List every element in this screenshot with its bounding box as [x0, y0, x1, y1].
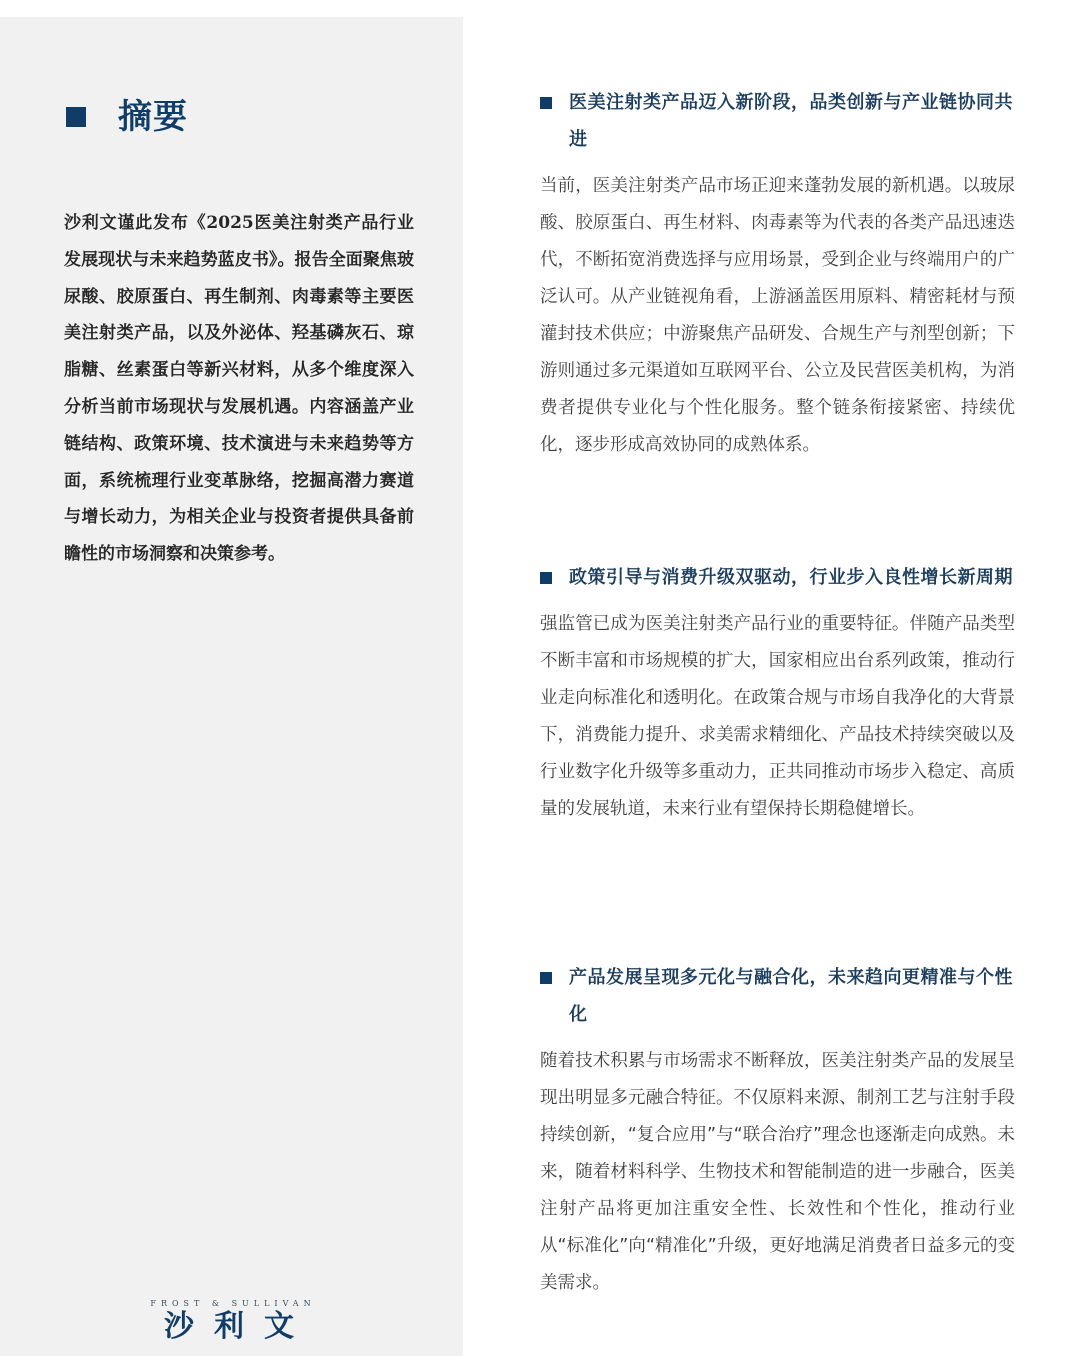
square-bullet-icon: [540, 97, 552, 109]
section-title: 医美注射类产品迈入新阶段，品类创新与产业链协同共进: [540, 84, 1015, 158]
square-bullet-icon: [66, 107, 86, 127]
section-title-text: 政策引导与消费升级双驱动，行业步入良性增长新周期: [569, 567, 1013, 588]
section-policy-consumption: 政策引导与消费升级双驱动，行业步入良性增长新周期 强监管已成为医美注射类产品行业…: [540, 559, 1015, 828]
square-bullet-icon: [540, 972, 552, 984]
section-title-text: 产品发展呈现多元化与融合化，未来趋向更精准与个性化: [569, 967, 1013, 1025]
section-product-diversification: 产品发展呈现多元化与融合化，未来趋向更精准与个性化 随着技术积累与市场需求不断释…: [540, 959, 1015, 1302]
section-market-stage: 医美注射类产品迈入新阶段，品类创新与产业链协同共进 当前，医美注射类产品市场正迎…: [540, 84, 1015, 464]
section-title: 产品发展呈现多元化与融合化，未来趋向更精准与个性化: [540, 959, 1015, 1033]
abstract-body: 沙利文谨此发布《2025医美注射类产品行业发展现状与未来趋势蓝皮书》。报告全面聚…: [64, 205, 414, 573]
logo-chinese: 沙利文: [160, 1310, 318, 1344]
section-body: 当前，医美注射类产品市场正迎来蓬勃发展的新机遇。以玻尿酸、胶原蛋白、再生材料、肉…: [540, 168, 1015, 464]
abstract-heading: 摘要: [66, 95, 188, 139]
section-title: 政策引导与消费升级双驱动，行业步入良性增长新周期: [540, 559, 1015, 596]
abstract-title: 摘要: [118, 95, 188, 139]
frost-sullivan-logo: FROST & SULLIVAN 沙利文: [148, 1298, 318, 1344]
section-title-text: 医美注射类产品迈入新阶段，品类创新与产业链协同共进: [569, 92, 1013, 150]
section-body: 随着技术积累与市场需求不断释放，医美注射类产品的发展呈现出明显多元融合特征。不仅…: [540, 1043, 1015, 1302]
square-bullet-icon: [540, 572, 552, 584]
section-body: 强监管已成为医美注射类产品行业的重要特征。伴随产品类型不断丰富和市场规模的扩大，…: [540, 606, 1015, 828]
abstract-panel: 摘要 沙利文谨此发布《2025医美注射类产品行业发展现状与未来趋势蓝皮书》。报告…: [0, 17, 463, 1356]
